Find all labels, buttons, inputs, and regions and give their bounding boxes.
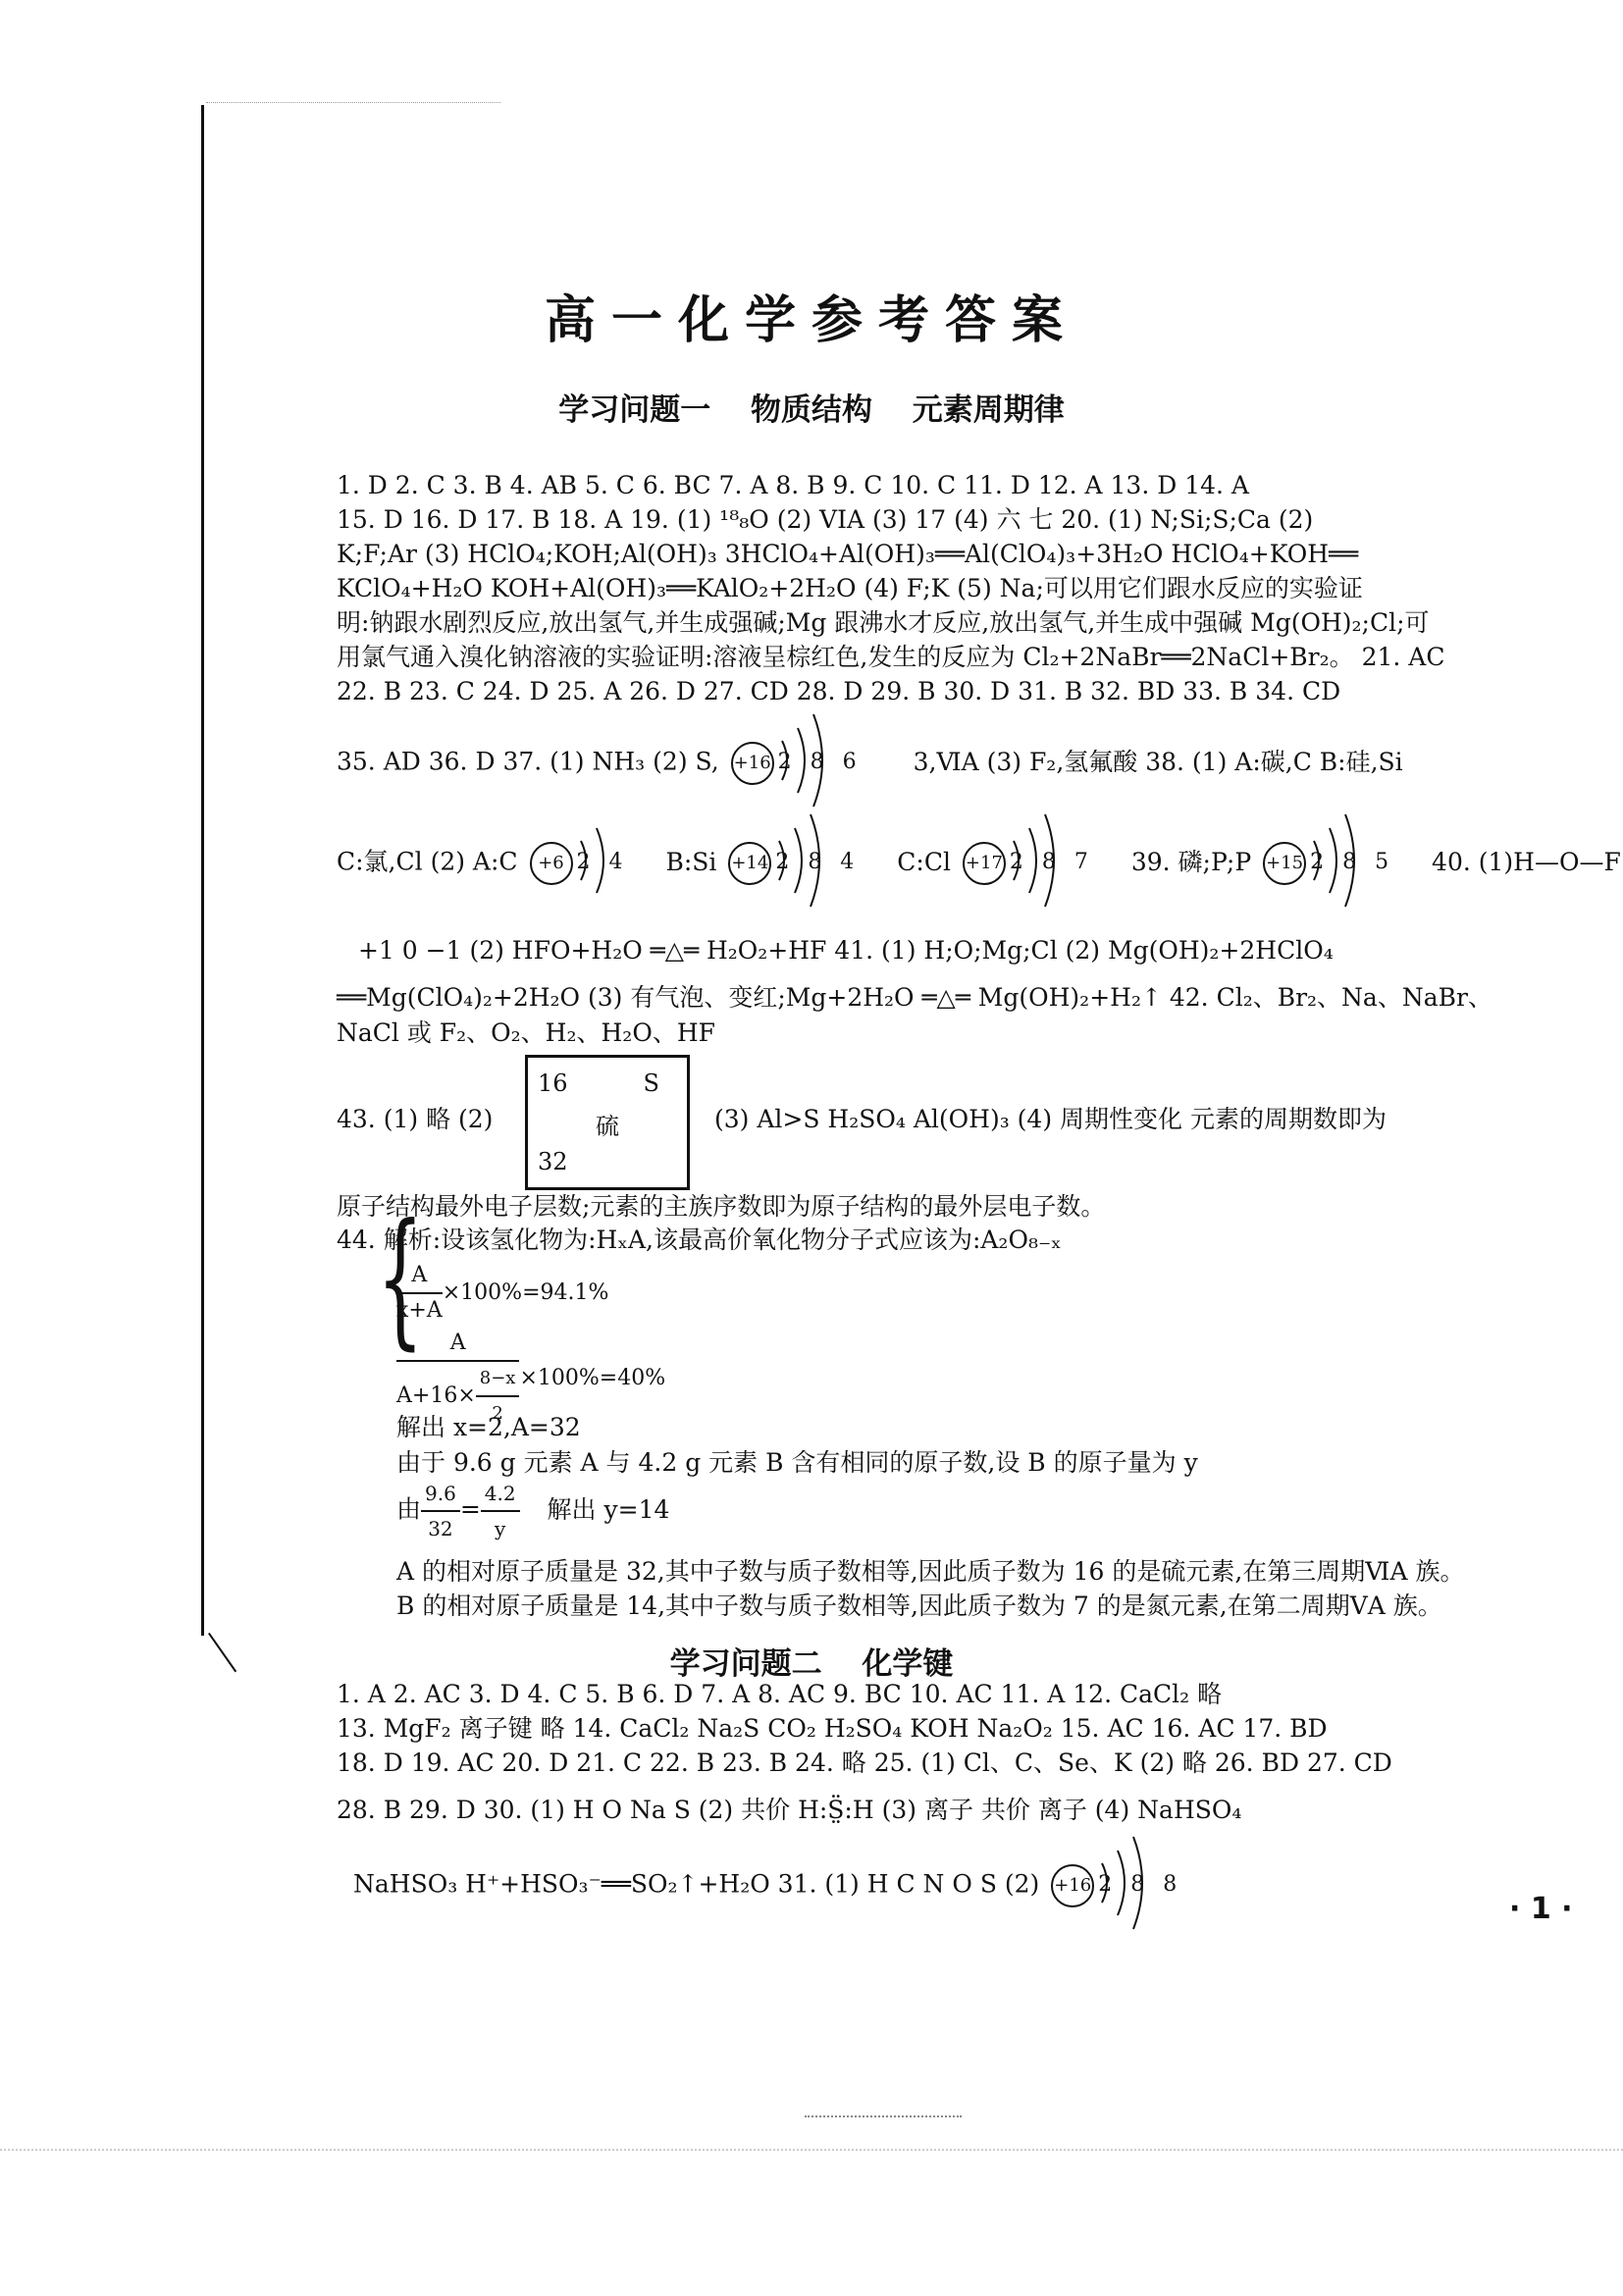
numerator: 9.6	[421, 1477, 460, 1512]
equation-text: ×100%=40%	[519, 1366, 665, 1390]
section-heading-part: 化学键	[862, 1646, 953, 1682]
nucleus-circle: +14	[728, 842, 771, 885]
answer-line: 解出 x=2,A=32	[396, 1411, 1495, 1444]
electron-shells: 2 4	[577, 846, 629, 879]
answer-text: 35. AD 36. D 37. (1) NH₃ (2) S,	[337, 748, 719, 776]
equation-text: 由	[396, 1495, 421, 1524]
answer-line: A 的相对原子质量是 32,其中子数与质子数相等,因此质子数为 16 的是硫元素…	[396, 1555, 1437, 1589]
atom-structure-diagram: +162 8 6	[731, 742, 863, 785]
answer-line-35: 35. AD 36. D 37. (1) NH₃ (2) S, +162 8 6…	[337, 742, 1436, 785]
electron-shells: 2 8 4	[775, 846, 860, 879]
answer-text: C:Cl	[897, 848, 951, 876]
periodic-table-element-box: 16 S 硫 32	[525, 1055, 690, 1190]
fraction: 9.632	[421, 1477, 460, 1545]
answer-line: 22. B 23. C 24. D 25. A 26. D 27. CD 28.…	[337, 675, 1436, 708]
atom-structure-diagram: +172 8 7	[963, 842, 1094, 885]
answer-text: C:氯,Cl (2) A:C	[337, 848, 518, 876]
element-name: 硫	[528, 1107, 687, 1141]
element-symbol: S	[644, 1070, 659, 1097]
nucleus-circle: +6	[530, 842, 573, 885]
answer-line: 15. D 16. D 17. B 18. A 19. (1) ¹⁸₈O (2)…	[337, 503, 1436, 537]
section-heading-2: 学习问题二 化学键	[0, 1639, 1623, 1683]
answer-line: K;F;Ar (3) HClO₄;KOH;Al(OH)₃ 3HClO₄+Al(O…	[337, 538, 1436, 571]
fraction: 4.2y	[481, 1477, 520, 1545]
atomic-number: 16	[538, 1070, 568, 1097]
nucleus-circle: +17	[963, 842, 1006, 885]
atom-structure-diagram: +142 8 4	[728, 842, 860, 885]
section-heading-part: 元素周期律	[913, 392, 1065, 428]
answer-line: 1. D 2. C 3. B 4. AB 5. C 6. BC 7. A 8. …	[337, 469, 1436, 502]
answer-line: ══Mg(ClO₄)₂+2H₂O (3) 有气泡、变红;Mg+2H₂O ═△═ …	[337, 981, 1436, 1015]
equation-1: Ax+A×100%=94.1%	[396, 1259, 1495, 1328]
page-number: · 1 ·	[1509, 1892, 1573, 1926]
answer-text: (3) Al>S H₂SO₄ Al(OH)₃ (4) 周期性变化 元素的周期数即…	[714, 1103, 1440, 1136]
electron-shells: 2 8 8	[1098, 1868, 1182, 1902]
denominator-text: A+16×	[396, 1383, 476, 1408]
document-title: 高一化学参考答案	[0, 279, 1623, 352]
answer-line: 13. MgF₂ 离子键 略 14. CaCl₂ Na₂S CO₂ H₂SO₄ …	[337, 1712, 1436, 1746]
equation-text: =	[460, 1495, 481, 1524]
scan-artifact-dots	[0, 2149, 1623, 2151]
numerator: 8−x	[476, 1362, 520, 1397]
answer-text: 3,ⅥA (3) F₂,氢氟酸 38. (1) A:碳,C B:硅,Si	[914, 748, 1403, 776]
answer-line-31: NaHSO₃ H⁺+HSO₃⁻══SO₂↑+H₂O 31. (1) H C N …	[353, 1864, 1452, 1907]
numerator: 4.2	[481, 1477, 520, 1512]
atomic-mass: 32	[538, 1148, 568, 1175]
equation-text: ×100%=94.1%	[443, 1280, 609, 1305]
section-heading-part: 物质结构	[751, 392, 872, 428]
ratio-equation: 由9.632=4.2y 解出 y=14	[396, 1477, 1495, 1545]
numerator: A	[396, 1259, 443, 1294]
nucleus-circle: +16	[1051, 1864, 1094, 1907]
fraction: Ax+A	[396, 1259, 443, 1328]
answer-text: B:Si	[665, 848, 716, 876]
answer-line: 1. A 2. AC 3. D 4. C 5. B 6. D 7. A 8. A…	[337, 1678, 1436, 1711]
section-heading-part: 学习问题一	[558, 392, 710, 428]
denominator: 32	[421, 1512, 460, 1545]
nucleus-circle: +15	[1263, 842, 1306, 885]
answer-text: 40. (1)H—O—F	[1432, 848, 1621, 876]
electron-shells: 2 8 5	[1310, 846, 1394, 879]
answer-line: 原子结构最外电子层数;元素的主族序数即为原子结构的最外层电子数。	[337, 1190, 1436, 1224]
answer-line: NaCl 或 F₂、O₂、H₂、H₂O、HF	[337, 1017, 1436, 1050]
denominator: x+A	[396, 1294, 443, 1328]
numerator: A	[396, 1327, 519, 1362]
answer-line: 由于 9.6 g 元素 A 与 4.2 g 元素 B 含有相同的原子数,设 B …	[396, 1446, 1495, 1480]
answer-line: B 的相对原子质量是 14,其中子数与质子数相等,因此质子数为 7 的是氮元素,…	[396, 1590, 1437, 1623]
atom-structure-diagram: +162 8 8	[1051, 1864, 1182, 1907]
section-heading-1: 学习问题一 物质结构 元素周期律	[0, 385, 1623, 429]
answer-line: 明:钠跟水剧烈反应,放出氢气,并生成强碱;Mg 跟沸水才反应,放出氢气,并生成中…	[337, 606, 1436, 640]
answer-line: 28. B 29. D 30. (1) H O Na S (2) 共价 H:S̤…	[337, 1794, 1436, 1827]
answer-line: 用氯气通入溴化钠溶液的实验证明:溶液呈棕红色,发生的反应为 Cl₂+2NaBr═…	[337, 641, 1436, 674]
answer-line: 18. D 19. AC 20. D 21. C 22. B 23. B 24.…	[337, 1747, 1436, 1780]
answer-line-atoms: C:氯,Cl (2) A:C +62 4 B:Si +142 8 4 C:Cl …	[337, 842, 1436, 885]
answer-text: 43. (1) 略 (2)	[337, 1105, 493, 1133]
equation-text: 解出 y=14	[548, 1495, 670, 1524]
electron-shells: 2 8 7	[1010, 846, 1094, 879]
denominator: y	[481, 1512, 520, 1545]
section-heading-part: 学习问题二	[670, 1646, 822, 1682]
electron-shells: 2 8 6	[778, 746, 863, 779]
atom-structure-diagram: +62 4	[530, 842, 629, 885]
answer-text: NaHSO₃ H⁺+HSO₃⁻══SO₂↑+H₂O 31. (1) H C N …	[353, 1870, 1039, 1899]
answer-line: KClO₄+H₂O KOH+Al(OH)₃══KAlO₂+2H₂O (4) F;…	[337, 572, 1436, 605]
atom-structure-diagram: +152 8 5	[1263, 842, 1394, 885]
answer-text: 39. 磷;P;P	[1131, 848, 1251, 876]
footer-dotted-rule	[805, 2115, 962, 2117]
answer-line: +1 0 −1 (2) HFO+H₂O ═△═ H₂O₂+HF 41. (1) …	[358, 934, 1457, 967]
scan-artifact-dots	[206, 102, 500, 103]
nucleus-circle: +16	[731, 742, 774, 785]
document-page: 高一化学参考答案 学习问题一 物质结构 元素周期律 1. D 2. C 3. B…	[0, 0, 1623, 2296]
answer-line-44: 44. 解析:设该氢化物为:HₓA,该最高价氧化物分子式应该为:A₂O₈₋ₓ	[337, 1224, 1436, 1257]
